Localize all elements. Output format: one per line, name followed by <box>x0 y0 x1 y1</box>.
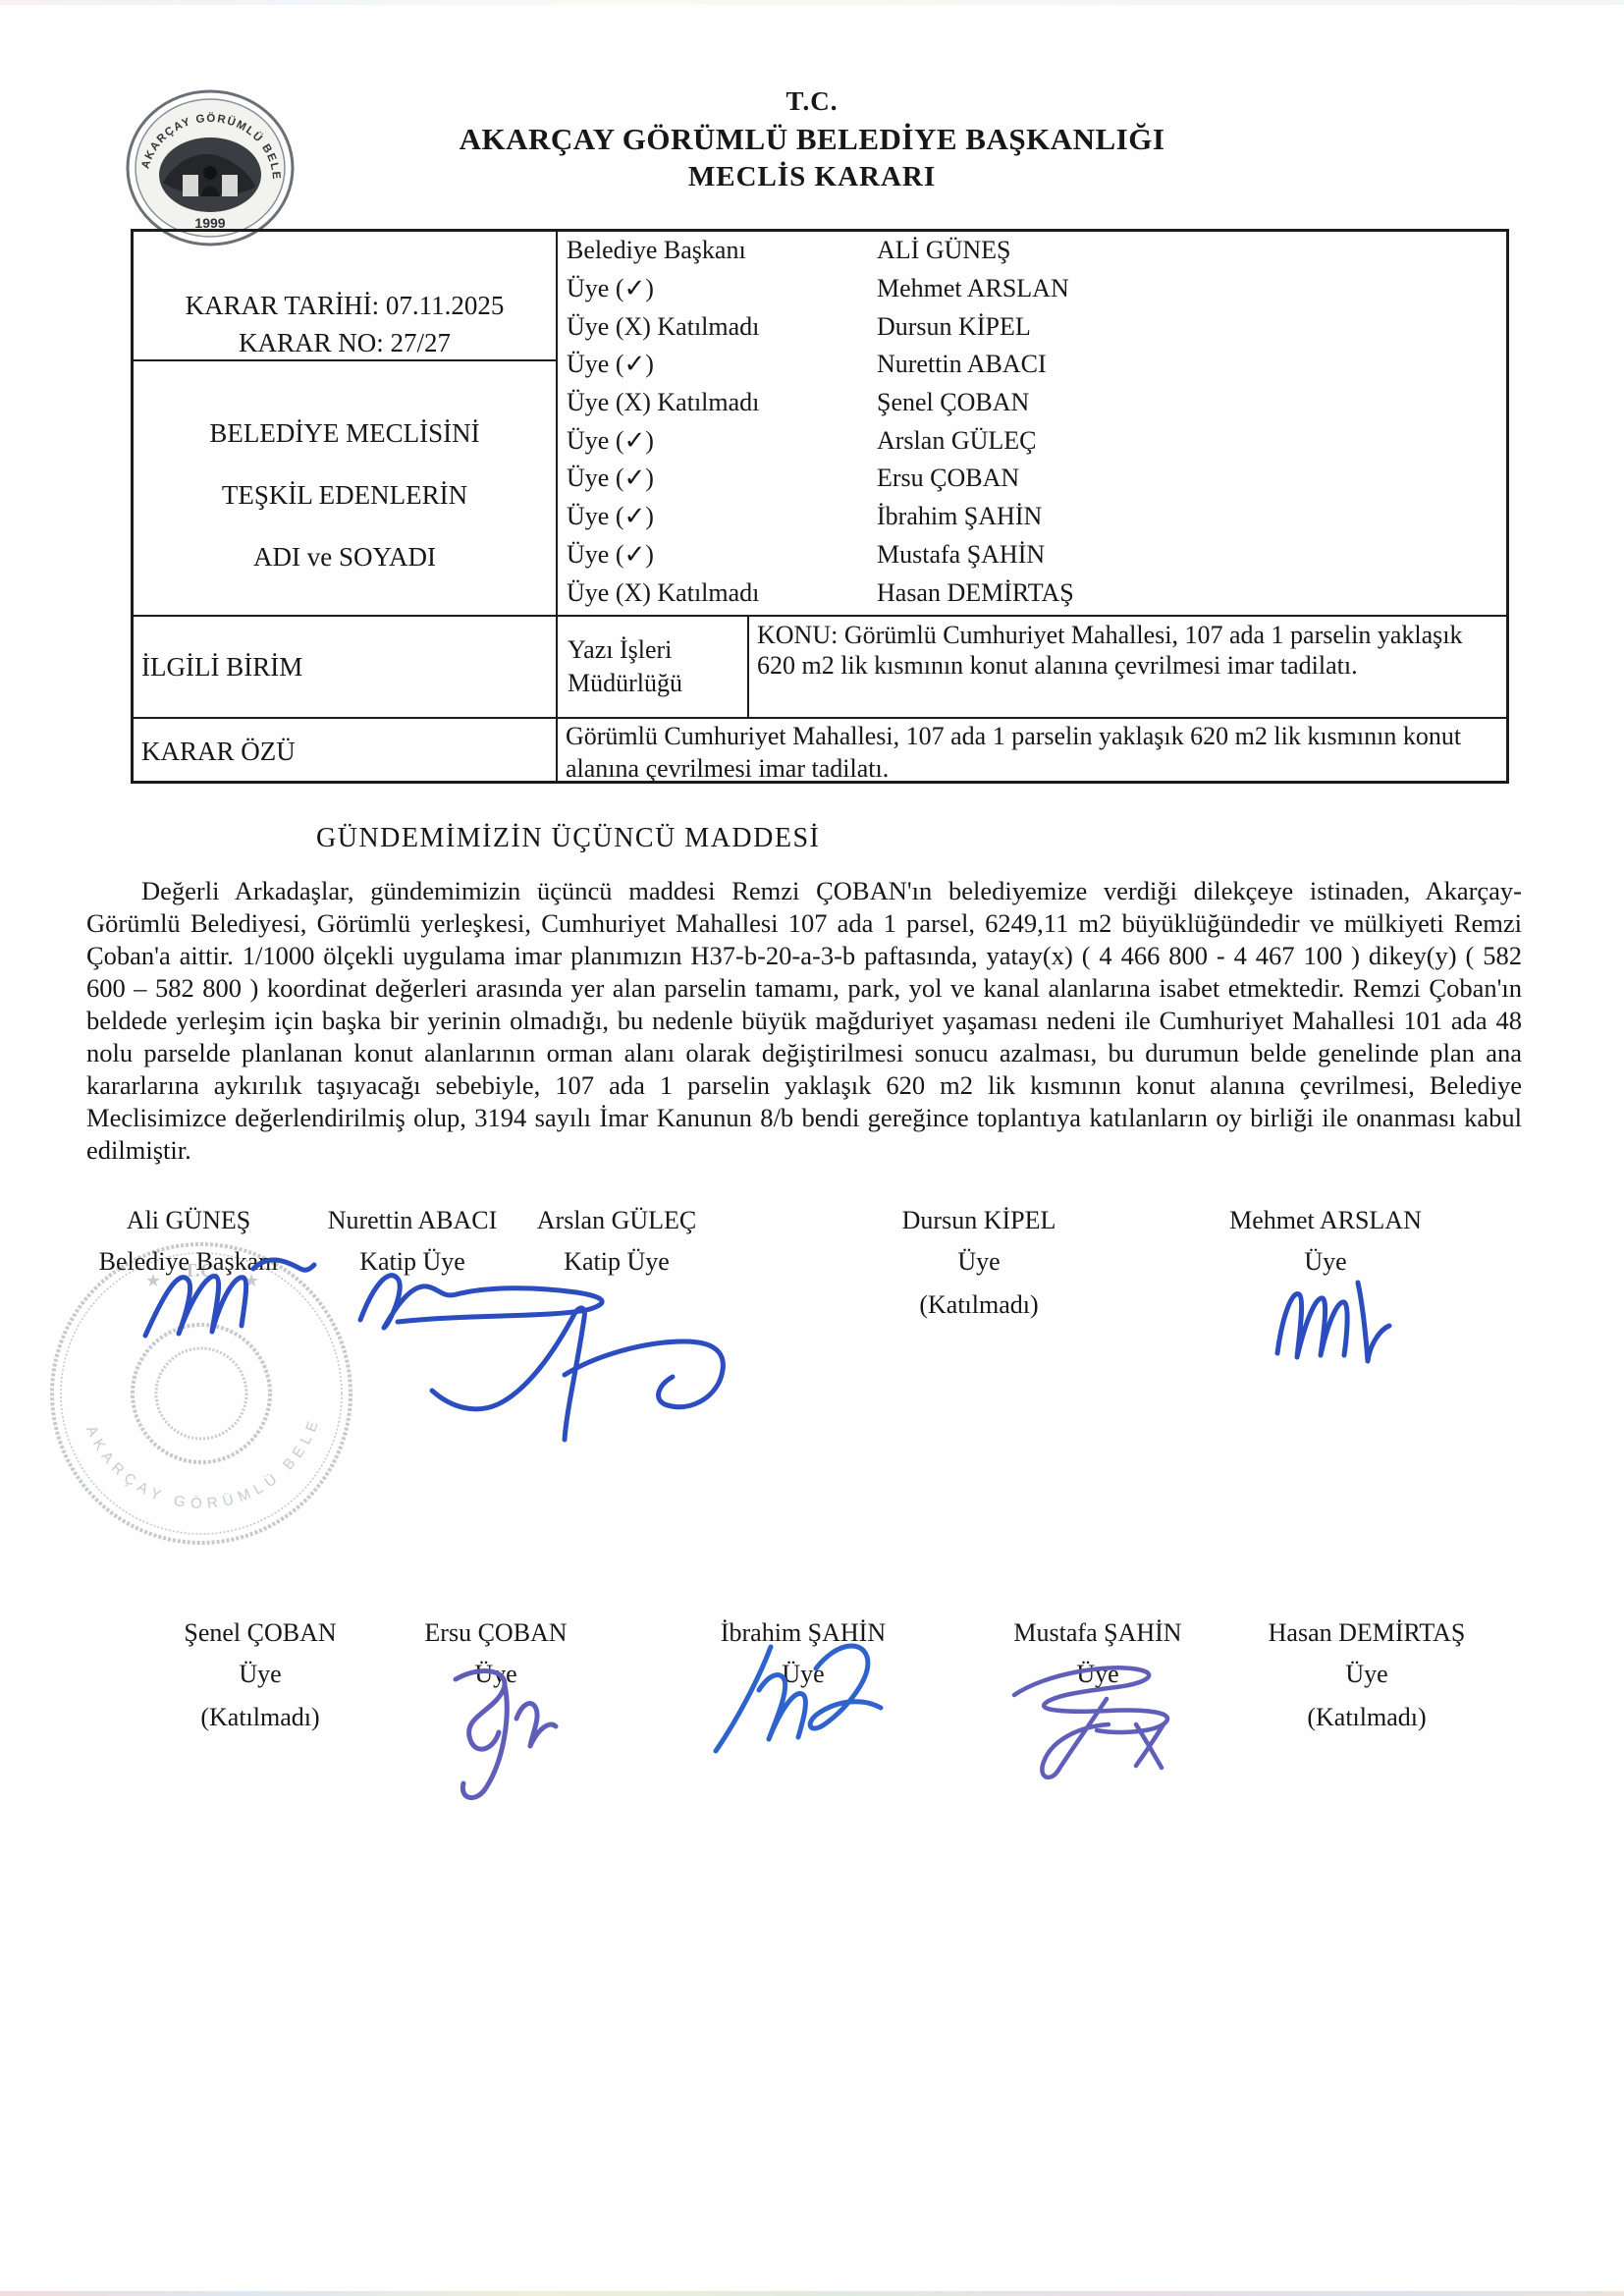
handwritten-signature-ali-gunes <box>128 1239 324 1347</box>
handwritten-signature-mustafa-sahin <box>987 1638 1213 1790</box>
handwritten-signature-arslan-gulec <box>417 1294 859 1451</box>
signer-name: Hasan DEMİRTAŞ <box>1269 1618 1466 1648</box>
member-name: Hasan DEMİRTAŞ <box>877 578 1074 608</box>
organization-name: AKARÇAY GÖRÜMLÜ BELEDİYE BAŞKANLIĞI <box>0 122 1624 157</box>
subject-cell: KONU: Görümlü Cumhuriyet Mahallesi, 107 … <box>749 617 1506 717</box>
signer-name: Ali GÜNEŞ <box>99 1206 279 1235</box>
decision-info-table: KARAR TARİHİ: 07.11.2025 KARAR NO: 27/27… <box>131 229 1509 784</box>
member-status: Üye (✓) <box>567 274 877 303</box>
signer-name: Şenel ÇOBAN <box>184 1618 336 1648</box>
related-unit-label: İLGİLİ BİRİM <box>134 617 558 717</box>
country-header: T.C. <box>0 86 1624 117</box>
member-row: Üye (X) Katılmadı Şenel ÇOBAN <box>558 384 1506 422</box>
decision-body-paragraph: Değerli Arkadaşlar, gündemimizin üçüncü … <box>86 875 1522 1167</box>
member-status: Belediye Başkanı <box>567 236 877 265</box>
council-label-line: TEŞKİL EDENLERİN <box>134 465 556 526</box>
signer-role: Üye <box>1269 1660 1466 1689</box>
member-row: Üye (✓) Mustafa ŞAHİN <box>558 536 1506 574</box>
decision-summary-text: Görümlü Cumhuriyet Mahallesi, 107 ada 1 … <box>558 719 1506 784</box>
member-row: Üye (X) Katılmadı Dursun KİPEL <box>558 307 1506 346</box>
signature-block-dursun-kipel: Dursun KİPEL Üye (Katılmadı) <box>902 1206 1056 1320</box>
member-name: Nurettin ABACI <box>877 350 1047 379</box>
member-name: ALİ GÜNEŞ <box>877 236 1011 265</box>
member-name: İbrahim ŞAHİN <box>877 502 1042 531</box>
member-row: Üye (✓) Nurettin ABACI <box>558 346 1506 384</box>
signer-note: (Katılmadı) <box>902 1290 1056 1320</box>
member-row: Üye (✓) Ersu ÇOBAN <box>558 460 1506 498</box>
member-name: Arslan GÜLEÇ <box>877 426 1036 456</box>
members-list: Belediye Başkanı ALİ GÜNEŞ Üye (✓) Mehme… <box>558 232 1506 615</box>
signer-name: Arslan GÜLEÇ <box>537 1206 696 1235</box>
council-label-line: BELEDİYE MECLİSİNİ <box>134 403 556 465</box>
decision-summary-label: KARAR ÖZÜ <box>134 719 558 784</box>
member-row: Üye (✓) Arslan GÜLEÇ <box>558 421 1506 460</box>
decision-date: KARAR TARİHİ: 07.11.2025 <box>134 287 556 324</box>
related-unit-line: Yazı İşleri <box>568 633 747 667</box>
member-status: Üye (✓) <box>567 502 877 531</box>
related-unit-value: Yazı İşleri Müdürlüğü <box>558 617 749 717</box>
letterhead: T.C. AKARÇAY GÖRÜMLÜ BELEDİYE BAŞKANLIĞI… <box>0 86 1624 193</box>
handwritten-signature-ersu-coban <box>422 1658 584 1810</box>
scan-artifact-bottom <box>0 2291 1624 2296</box>
member-row: Üye (✓) İbrahim ŞAHİN <box>558 498 1506 536</box>
decision-summary-row: KARAR ÖZÜ Görümlü Cumhuriyet Mahallesi, … <box>134 717 1506 784</box>
signer-name: Ersu ÇOBAN <box>424 1618 567 1648</box>
member-name: Şenel ÇOBAN <box>877 388 1029 417</box>
signature-block-senel-coban: Şenel ÇOBAN Üye (Katılmadı) <box>184 1618 336 1732</box>
member-row: Belediye Başkanı ALİ GÜNEŞ <box>558 232 1506 270</box>
member-status: Üye (✓) <box>567 350 877 379</box>
member-status: Üye (✓) <box>567 464 877 493</box>
document-type-title: MECLİS KARARI <box>0 161 1624 193</box>
decision-no: KARAR NO: 27/27 <box>134 324 556 361</box>
signer-note: (Katılmadı) <box>184 1703 336 1732</box>
member-row: Üye (✓) Mehmet ARSLAN <box>558 270 1506 308</box>
agenda-item-heading: GÜNDEMİMİZİN ÜÇÜNCÜ MADDESİ <box>316 823 820 854</box>
member-status: Üye (X) Katılmadı <box>567 388 877 417</box>
member-status: Üye (X) Katılmadı <box>567 578 877 608</box>
signature-block-hasan-demirtas: Hasan DEMİRTAŞ Üye (Katılmadı) <box>1269 1618 1466 1732</box>
scan-artifact-top <box>0 0 1624 5</box>
member-name: Ersu ÇOBAN <box>877 464 1019 493</box>
signer-name: Mehmet ARSLAN <box>1229 1206 1422 1235</box>
member-row: Üye (X) Katılmadı Hasan DEMİRTAŞ <box>558 574 1506 612</box>
member-name: Dursun KİPEL <box>877 312 1031 342</box>
signer-name: Dursun KİPEL <box>902 1206 1056 1235</box>
member-status: Üye (✓) <box>567 540 877 570</box>
signer-role: Üye <box>902 1247 1056 1277</box>
member-status: Üye (X) Katılmadı <box>567 312 877 342</box>
related-unit-row: İLGİLİ BİRİM Yazı İşleri Müdürlüğü KONU:… <box>134 615 1506 717</box>
signer-name: Nurettin ABACI <box>328 1206 498 1235</box>
decision-meta-column: KARAR TARİHİ: 07.11.2025 KARAR NO: 27/27… <box>134 232 558 615</box>
signer-note: (Katılmadı) <box>1269 1703 1466 1732</box>
member-status: Üye (✓) <box>567 426 877 456</box>
member-name: Mustafa ŞAHİN <box>877 540 1045 570</box>
scanned-document-page: AKARÇAY GÖRÜMLÜ BELEDİYESİ 1999 T.C. AKA… <box>0 0 1624 2296</box>
council-label-line: ADI ve SOYADI <box>134 526 556 588</box>
member-name: Mehmet ARSLAN <box>877 274 1069 303</box>
related-unit-line: Müdürlüğü <box>568 667 747 700</box>
members-block: KARAR TARİHİ: 07.11.2025 KARAR NO: 27/27… <box>134 232 1506 615</box>
decision-date-no-cell: KARAR TARİHİ: 07.11.2025 KARAR NO: 27/27 <box>134 232 556 361</box>
handwritten-signature-ibrahim-sahin <box>702 1625 908 1777</box>
handwritten-signature-mehmet-arslan <box>1260 1255 1397 1388</box>
signer-role: Üye <box>184 1660 336 1689</box>
council-members-label-cell: BELEDİYE MECLİSİNİ TEŞKİL EDENLERİN ADI … <box>134 361 556 588</box>
